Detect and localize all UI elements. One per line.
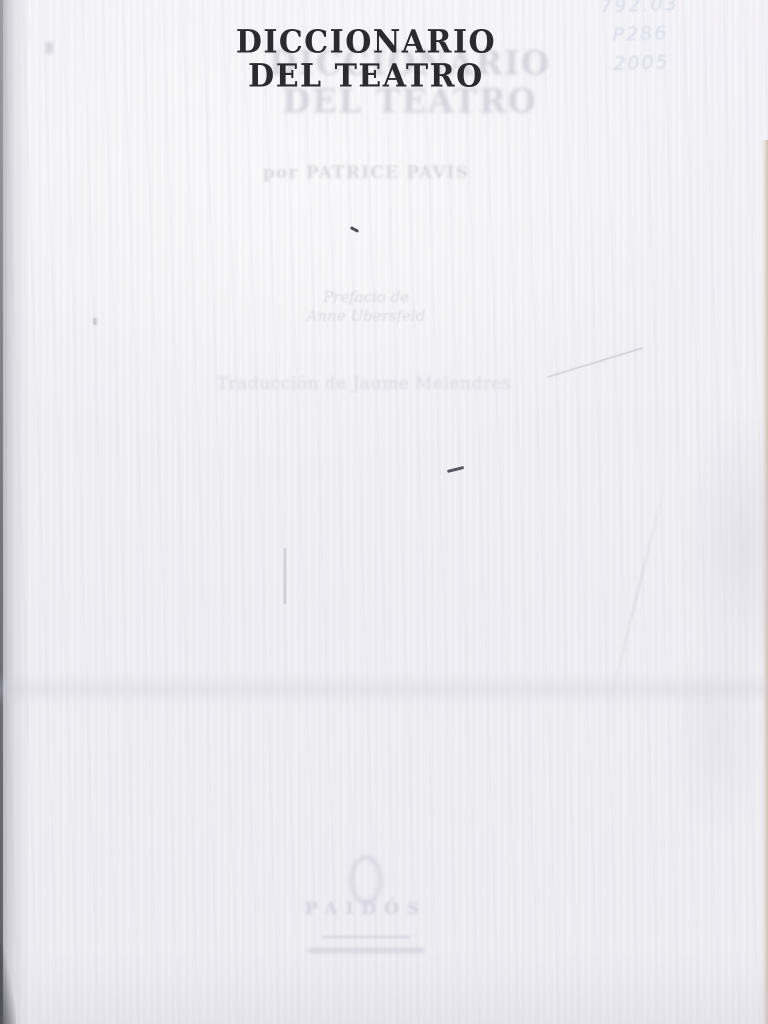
scan-speck: [46, 42, 53, 54]
page-edge-strip: [762, 140, 768, 1024]
spine-edge-line: [0, 0, 3, 1024]
publisher-logo-text: PAIDÓS: [266, 899, 466, 919]
scanned-book-page: DICCIONARIO DEL TEATRO DICCIONARIO DEL T…: [0, 0, 768, 1024]
scan-speck: [93, 318, 97, 325]
pen-mark: [350, 226, 359, 233]
page-title: DICCIONARIO DEL TEATRO: [166, 26, 566, 94]
ghost-byline: por PATRICE PAVIS: [166, 163, 566, 183]
ghost-translation-credit: Traducción de Jaume Melendres: [134, 374, 594, 394]
paper-texture: [0, 0, 768, 1024]
page-title-line1: DICCIONARIO: [166, 25, 566, 61]
publisher-emblem-icon: [350, 856, 382, 904]
fold-line: [284, 548, 286, 604]
bottom-shading: [0, 954, 768, 1024]
paper-wrinkle-shading: [598, 420, 768, 840]
paper-crease: [547, 347, 643, 377]
page-title-line2: DEL TEATRO: [166, 59, 566, 95]
publisher-imprint-rule: [322, 936, 410, 938]
ghost-preface-line1: Prefacio de: [166, 288, 566, 307]
publisher-imprint-smudge: [308, 948, 424, 953]
ghost-preface-line2: Anne Ubersfeld: [166, 307, 566, 326]
ghost-preface-credit: Prefacio de Anne Ubersfeld: [166, 288, 566, 326]
pen-mark: [447, 466, 464, 473]
paper-shade-band: [0, 672, 768, 706]
spine-shadow: [0, 0, 30, 1024]
